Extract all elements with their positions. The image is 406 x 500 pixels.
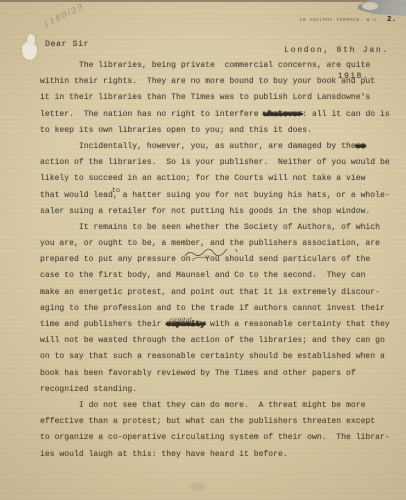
ink-smudge	[190, 483, 206, 490]
page-number: 2.	[387, 16, 396, 24]
strikethrough-text: capacitycapital	[166, 320, 205, 329]
letterhead: 10 ADELPHI TERRACE. W.C. 2.	[299, 16, 396, 24]
typed-text: The libraries, being private commercial …	[40, 61, 370, 70]
inserted-word: to	[112, 183, 120, 199]
typed-text: recognized standing.	[40, 385, 137, 394]
typed-text: action of the libraries. So is your publ…	[40, 158, 390, 167]
typed-text: It remains to be seen whether the Societ…	[40, 223, 380, 232]
body-line: effective than a protest; but what can t…	[40, 414, 400, 430]
typed-text: aging to the profession and to the trade…	[40, 304, 385, 313]
typed-text: Incidentally, however, you, as author, a…	[40, 142, 356, 151]
letterhead-address: 10 ADELPHI TERRACE. W.C.	[299, 18, 380, 23]
date-line1: London, 8th Jan.	[284, 47, 389, 56]
typed-text: to keep its own libraries open to you; a…	[40, 126, 312, 135]
body-line: I do not see that they can do more. A th…	[40, 398, 400, 414]
paper-damage-base	[22, 42, 37, 60]
strikethrough-text: whatever	[263, 110, 302, 119]
typed-text: will not be wasted through the action of…	[40, 336, 385, 345]
body-line: it in their libraries than The Times was…	[40, 90, 400, 106]
typed-text: book has been favorably reviewed by The …	[40, 369, 356, 378]
body-line: on to say that such a reasonable certain…	[40, 349, 400, 365]
body-line: that would lead,to a hatter suing you fo…	[40, 188, 400, 204]
torn-paper-chip	[362, 2, 378, 10]
body-line: within their rights. They are no more bo…	[40, 74, 400, 90]
body-line: saler suing a retailer for not putting h…	[40, 204, 400, 220]
body-line: likely to succeed in an action; for the …	[40, 171, 400, 187]
typed-text: ies would laugh at this: they have heard…	[40, 450, 288, 459]
typed-text: within their rights. They are no more bo…	[40, 77, 375, 86]
typed-text: with a reasonable certainty that they	[205, 320, 390, 329]
body-line: make an energetic protest, and point out…	[40, 285, 400, 301]
body-line: action of the libraries. So is your publ…	[40, 155, 400, 171]
typed-text: time and publishers their	[40, 320, 166, 329]
typed-text: : all it can do is	[302, 110, 389, 119]
letter-page: 10 ADELPHI TERRACE. W.C. 2. 1180/29 Lond…	[0, 0, 406, 500]
handwritten-insertion: capital	[169, 312, 191, 328]
body-line: The libraries, being private commercial …	[40, 58, 400, 74]
typed-text: letter. The nation has no right to inter…	[40, 110, 263, 119]
typed-text: a hatter suing you for not buying his ha…	[118, 191, 390, 200]
pencil-mark: 1180/29	[42, 2, 85, 29]
typed-text: on to say that such a reasonable certain…	[40, 352, 385, 361]
body-line: aging to the profession and to the trade…	[40, 301, 400, 317]
strikethrough-text: se	[356, 142, 366, 151]
typed-text: make an energetic protest, and point out…	[40, 288, 380, 297]
paper-damage	[22, 34, 39, 60]
body-line: to keep its own libraries open to you; a…	[40, 123, 400, 139]
body-line: ies would laugh at this: they have heard…	[40, 447, 400, 463]
typed-text: you are, or ought to be, a member, and t…	[40, 239, 380, 248]
body-line: to organize a co-operative circulating s…	[40, 430, 400, 446]
typed-text: that would lead	[40, 191, 113, 200]
typed-text: saler suing a retailer for not putting h…	[40, 207, 370, 216]
typed-text: likely to succeed in an action; for the …	[40, 174, 365, 183]
body-line: case to the first body, and Maunsel and …	[40, 268, 400, 284]
salutation: Dear Sir	[45, 40, 89, 49]
typed-text: I do not see that they can do more. A th…	[40, 401, 365, 410]
typed-text: effective than a protest; but what can t…	[40, 417, 375, 426]
body-line: time and publishers their capacitycapita…	[40, 317, 400, 333]
typed-text: to organize a co-operative circulating s…	[40, 433, 390, 442]
scan-edge	[0, 0, 406, 2]
body-line: It remains to be seen whether the Societ…	[40, 220, 400, 236]
body-line: letter. The nation has no right to inter…	[40, 107, 400, 123]
handwritten-annotation	[183, 249, 241, 262]
body-line: will not be wasted through the action of…	[40, 333, 400, 349]
typed-text: case to the first body, and Maunsel and …	[40, 271, 365, 280]
insertion-caret: ,to	[113, 191, 118, 200]
typed-text: it in their libraries than The Times was…	[40, 93, 370, 102]
body-line: recognized standing.	[40, 382, 400, 398]
body-line: Incidentally, however, you, as author, a…	[40, 139, 400, 155]
body-line: book has been favorably reviewed by The …	[40, 366, 400, 382]
